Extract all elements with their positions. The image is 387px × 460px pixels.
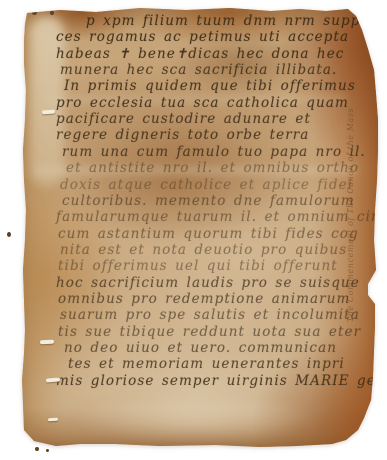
text-line-4: munera hec sca sacrificia illibata. (60, 63, 337, 77)
stitch-hole (32, 10, 37, 15)
stitch-hole (50, 11, 54, 15)
edge-speck (7, 232, 11, 237)
text-line-8: regere digneris toto orbe terra (56, 128, 309, 142)
text-line-15: nita est et nota deuotio pro quibus (60, 243, 347, 257)
text-line-2: ces rogamus ac petimus uti accepta (56, 30, 349, 44)
text-line-9: rum una cum famulo tuo papa nro il. (62, 145, 366, 159)
text-line-5: In primis quidem que tibi offerimus (64, 79, 356, 93)
manuscript-leaf: p xpm filium tuum dnm nrm supplices roga… (0, 0, 387, 460)
text-line-16: tibi offerimus uel qui tibi offerunt (58, 259, 338, 273)
photo-background: p xpm filium tuum dnm nrm supplices roga… (0, 0, 387, 460)
text-line-17: hoc sacrificium laudis pro se suisque (56, 276, 360, 290)
text-line-18: omnibus pro redemptione animarum (58, 292, 350, 306)
text-line-19: suarum pro spe salutis et incolumita (60, 308, 360, 322)
text-line-13: famularumque tuarum il. et omnium cir (56, 210, 379, 224)
text-line-20: tis sue tibique reddunt uota sua eter (58, 325, 361, 339)
stitch-mark (48, 418, 58, 422)
text-line-10: et antistite nro il. et omnibus ortho (66, 161, 359, 175)
text-line-21: no deo uiuo et uero. communican (64, 341, 337, 355)
stitch-mark (42, 110, 55, 115)
text-line-22: tes et memoriam uenerantes inpri (68, 357, 345, 371)
text-line-7: pacificare custodire adunare et (56, 112, 311, 126)
edge-speck (35, 447, 39, 451)
text-line-12: cultoribus. memento dne famulorum (62, 194, 355, 208)
light-patch-bottom (76, 394, 316, 442)
text-line-1: p xpm filium tuum dnm nrm suppli (86, 14, 371, 28)
vertical-annotation: The Commencement of The Canon of the Mas… (346, 74, 360, 356)
parchment: p xpm filium tuum dnm nrm supplices roga… (16, 4, 382, 448)
stitch-mark (40, 340, 54, 345)
text-line-6: pro ecclesia tua sca catholica quam (56, 96, 349, 110)
text-line-14: cum astantium quorum tibi fides cog (58, 227, 359, 241)
edge-speck (46, 449, 49, 452)
text-line-11: doxis atque catholice et aplice fidei (60, 178, 353, 192)
text-line-3: habeas ✝ bene✝dicas hec dona hec (56, 47, 344, 61)
text-line-23: mis gloriose semper uirginis MARIE ge (56, 374, 376, 388)
